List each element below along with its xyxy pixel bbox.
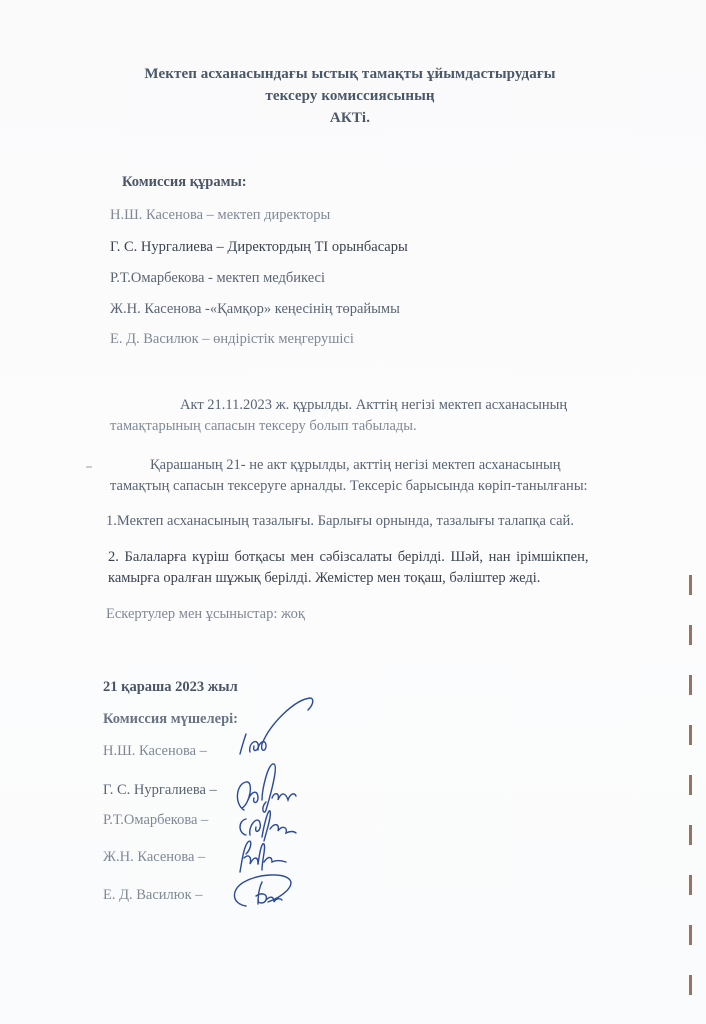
signer-name: Е. Д. Василюк –: [103, 887, 203, 904]
inspection-item-2-line-1: 2. Балаларға күріш ботқасы мен сәбізсала…: [108, 549, 588, 566]
commission-member: Ж.Н. Касенова -«Қамқор» кеңесінің төрайы…: [110, 301, 400, 318]
signatures-heading: Комиссия мүшелері:: [103, 711, 238, 728]
signature-vasilyuk: [228, 870, 298, 910]
remarks: Ескертулер мен ұсыныстар: жоқ: [106, 606, 305, 623]
signer-name: Ж.Н. Касенова –: [103, 849, 205, 866]
inspection-item-1: 1.Мектеп асханасының тазалығы. Барлығы о…: [106, 513, 574, 530]
commission-member: Н.Ш. Касенова – мектеп директоры: [110, 207, 330, 224]
document-date: 21 қараша 2023 жыл: [103, 679, 238, 696]
page-edge-mark: [689, 575, 692, 1024]
commission-member: Р.Т.Омарбекова - мектеп медбикесі: [110, 270, 325, 287]
signature-kasenova-nsh: [236, 694, 316, 764]
document-page: Мектеп асханасындағы ыстық тамақты ұйымд…: [0, 0, 706, 1024]
signer-name: Р.Т.Омарбекова –: [103, 812, 208, 829]
paragraph-1-line-2: тамақтарының сапасын тексеру болып табыл…: [110, 418, 417, 435]
document-title-line-3: АКТі.: [40, 110, 660, 127]
document-title-line-1: Мектеп асханасындағы ыстық тамақты ұйымд…: [40, 66, 660, 83]
inspection-item-2-line-2: камырға оралған шұжық берілді. Жемістер …: [108, 570, 540, 587]
commission-member: Г. С. Нургалиева – Директордың ТІ орынба…: [110, 239, 408, 256]
signer-name: Г. С. Нургалиева –: [103, 782, 217, 799]
scan-speck: [86, 466, 92, 468]
document-title-line-2: тексеру комиссиясының: [40, 88, 660, 105]
commission-heading: Комиссия құрамы:: [122, 174, 247, 191]
paragraph-2-line-2: тамақтың сапасын тексеруге арналды. Текс…: [110, 478, 588, 495]
commission-member: Е. Д. Василюк – өндірістік меңгерушісі: [110, 331, 354, 348]
paragraph-1-line-1: Акт 21.11.2023 ж. құрылды. Акттің негізі…: [180, 397, 567, 414]
signer-name: Н.Ш. Касенова –: [103, 743, 207, 760]
paragraph-2-line-1: Қарашаның 21- не акт құрылды, акттің нег…: [150, 457, 561, 474]
